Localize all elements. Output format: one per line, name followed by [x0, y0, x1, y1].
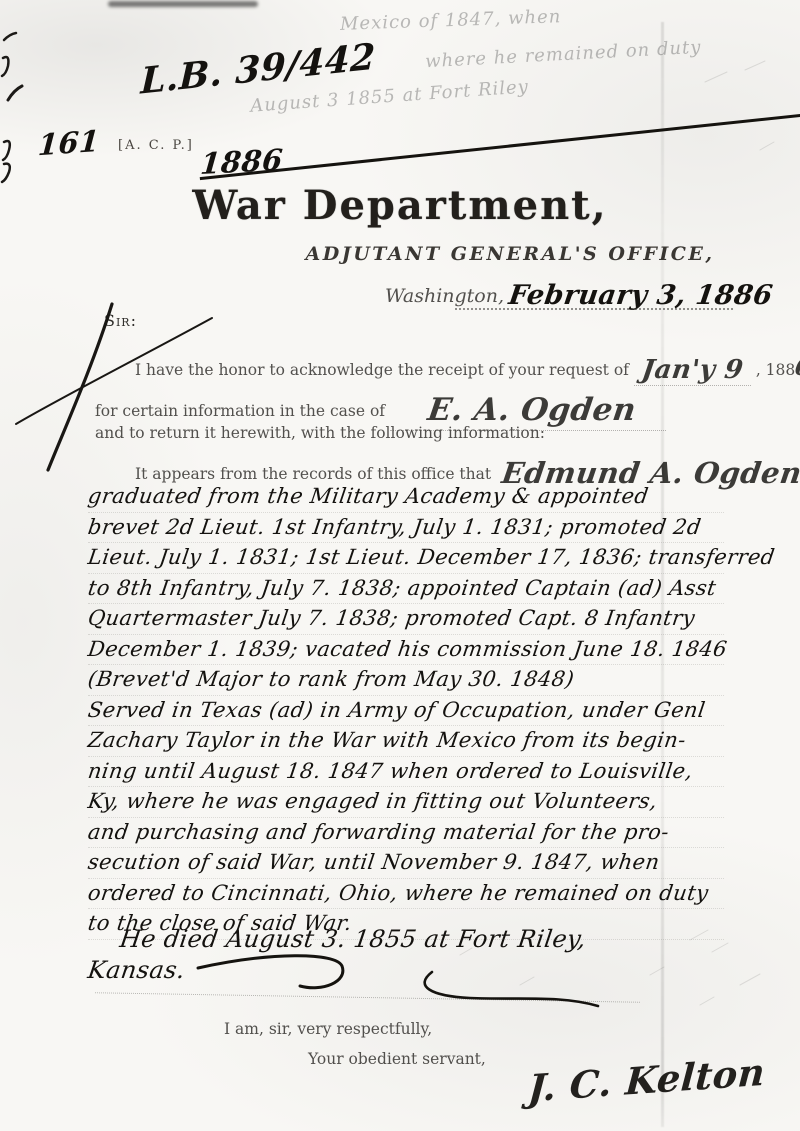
scanned-letter-page: Mexico of 1847, when where he remained o…	[0, 0, 800, 1131]
end-flourish	[198, 956, 598, 1006]
margin-tick-marks	[2, 33, 22, 182]
cross-out-mark	[16, 304, 212, 470]
ink-marks-overlay	[0, 0, 800, 1131]
pencil-scuffs	[460, 61, 774, 1005]
